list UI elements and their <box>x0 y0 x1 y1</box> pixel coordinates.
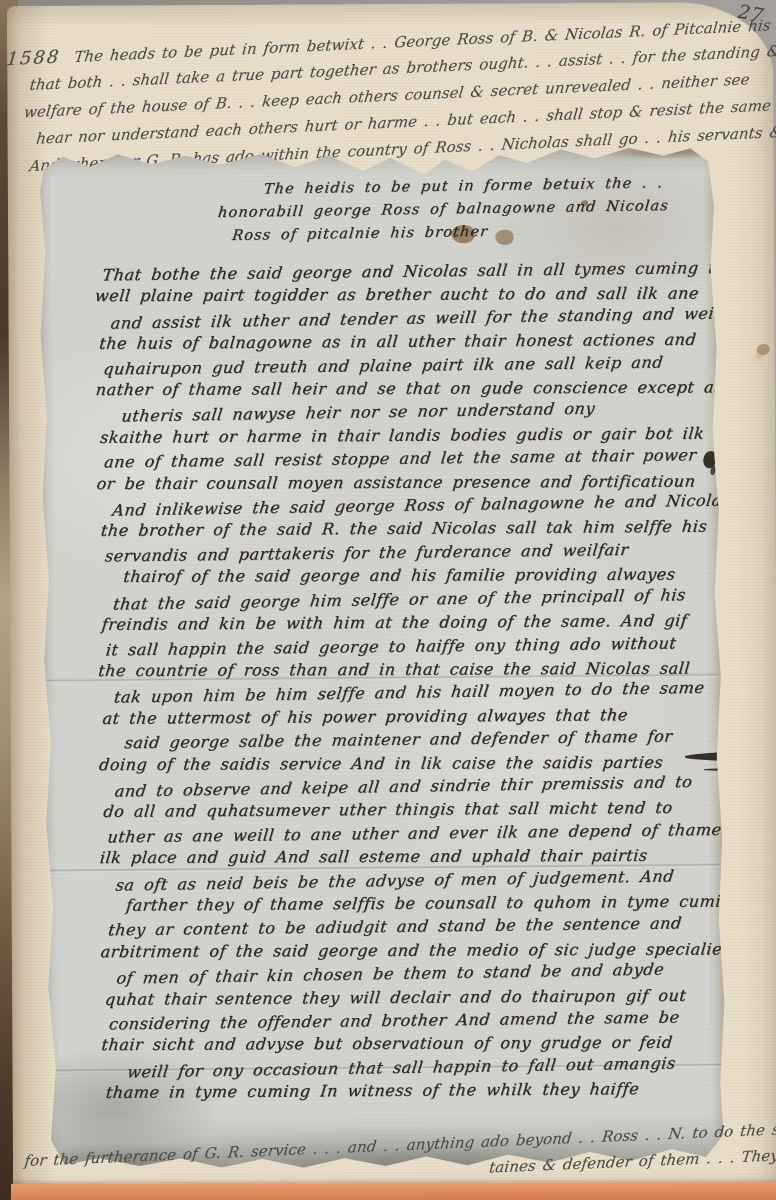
manuscript-heading: The heidis to be put in forme betuix the… <box>36 173 719 248</box>
page-number: 27 <box>736 1 766 28</box>
page-stain-spot <box>757 344 770 355</box>
manuscript-paper: The heidis to be put in forme betuix the… <box>36 145 727 1171</box>
annotation-year: 1588 <box>5 46 61 70</box>
photo-background: 1588The heads to be put in form betwixt … <box>0 0 776 1200</box>
orange-strip <box>11 1182 776 1200</box>
manuscript-body: That bothe the said george and Nicolas s… <box>95 257 706 1105</box>
manuscript-line: thame in tyme cuming In witness of the w… <box>105 1077 707 1105</box>
